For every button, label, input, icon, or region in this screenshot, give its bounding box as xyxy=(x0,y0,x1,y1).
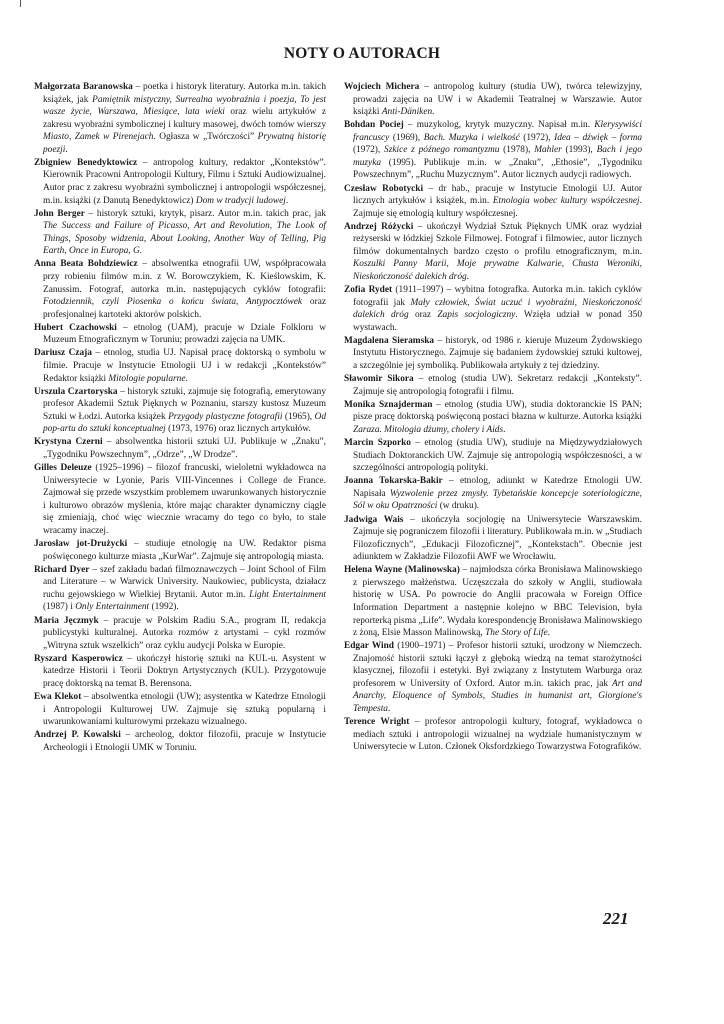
note-text: (1972), xyxy=(353,145,384,155)
author-name: Gilles Deleuze xyxy=(34,463,92,473)
work-title: Szkice z późnego romantyzmu xyxy=(384,145,499,155)
author-name: Urszula Czartoryska xyxy=(34,387,118,397)
author-name: Ewa Klekot xyxy=(34,692,81,702)
work-title: Only Entertainment xyxy=(75,602,149,612)
note-text: (1972), xyxy=(520,133,554,143)
note-text: – muzykolog, krytyk muzyczny. Napisał m.… xyxy=(404,120,595,130)
note-text: . xyxy=(503,425,505,435)
author-name: Jadwiga Wais xyxy=(344,515,403,525)
left-column: Małgorzata Baranowska – poetka i history… xyxy=(34,81,326,755)
note-text: (1995). Publikuje m.in. w „Znaku”, „Etho… xyxy=(353,158,642,181)
author-name: Krystyna Czerni xyxy=(34,437,103,447)
scan-margin-mark xyxy=(20,0,21,7)
author-name: Magdalena Sieramska xyxy=(344,336,434,346)
author-name: Andrzej P. Kowalski xyxy=(34,730,121,740)
author-note: Richard Dyer – szef zakładu badań filmoz… xyxy=(34,564,326,614)
author-note: Terence Wright – profesor antropologii k… xyxy=(344,716,642,754)
author-note: Ryszard Kasperowicz – ukończył historię … xyxy=(34,653,326,691)
note-text: . Ogłasza w „Twórczości” xyxy=(153,132,257,142)
author-name: Terence Wright xyxy=(344,717,409,727)
work-title: Mitologie popularne xyxy=(108,374,185,384)
author-name: Jarosław jot-Drużycki xyxy=(34,539,127,549)
author-name: Richard Dyer xyxy=(34,565,89,575)
work-title: Dom w tradycji ludowej xyxy=(196,196,286,206)
note-text: (1992). xyxy=(149,602,179,612)
author-note: Ewa Klekot – absolwentka etnologii (UW);… xyxy=(34,691,326,729)
note-text: – historyk sztuki, krytyk, pisarz. Autor… xyxy=(85,209,326,219)
author-note: Zbigniew Benedyktowicz – antropolog kult… xyxy=(34,157,326,207)
author-note: Zofia Rydet (1911–1997) – wybitna fotogr… xyxy=(344,284,642,334)
work-title: Wyzwolenie przez zmysły. Tybetańskie kon… xyxy=(353,489,642,512)
author-name: John Berger xyxy=(34,209,85,219)
author-name: Monika Sznajderman xyxy=(344,400,432,410)
work-title: Zaraza. Mitologia dżumy, cholery i Aids xyxy=(353,425,503,435)
note-text: (w druku). xyxy=(437,501,479,511)
author-name: Dariusz Czaja xyxy=(34,348,92,358)
work-title: Anti-Däniken xyxy=(382,107,432,117)
author-note: Bohdan Pociej – muzykolog, krytyk muzycz… xyxy=(344,119,642,182)
work-title: Idea – dźwięk – forma xyxy=(554,133,642,143)
author-note: Magdalena Sieramska – historyk, od 1986 … xyxy=(344,335,642,373)
note-text: . xyxy=(286,196,288,206)
work-title: The Story of Life xyxy=(485,628,548,638)
note-text: – absolwentka etnologii (UW); asystentka… xyxy=(43,692,326,727)
author-name: Małgorzata Baranowska xyxy=(34,82,133,92)
author-note: Sławomir Sikora – etnolog (studia UW). S… xyxy=(344,373,642,398)
author-note: Monika Sznajderman – etnolog (studia UW)… xyxy=(344,399,642,437)
author-note: Andrzej P. Kowalski – archeolog, doktor … xyxy=(34,729,326,754)
note-text: . xyxy=(467,272,469,282)
author-name: Andrzej Różycki xyxy=(344,222,413,232)
author-name: Hubert Czachowski xyxy=(34,323,117,333)
note-text: (1987) i xyxy=(43,602,75,612)
note-text: (1973, 1976) oraz licznych artykułów. xyxy=(166,424,311,434)
author-note: Małgorzata Baranowska – poetka i history… xyxy=(34,81,326,156)
author-note: Urszula Czartoryska – historyk sztuki, z… xyxy=(34,386,326,436)
author-note: Dariusz Czaja – etnolog, studia UJ. Napi… xyxy=(34,347,326,385)
note-text: (1978), xyxy=(499,145,534,155)
author-name: Zofia Rydet xyxy=(344,285,392,295)
author-note: Andrzej Różycki – ukończył Wydział Sztuk… xyxy=(344,221,642,284)
author-note: Marcin Szporko – etnolog (studia UW), st… xyxy=(344,437,642,475)
author-note: Gilles Deleuze (1925–1996) – filozof fra… xyxy=(34,462,326,537)
note-text: . xyxy=(185,374,187,384)
author-name: Czesław Robotycki xyxy=(344,184,423,194)
author-name: Maria Jęczmyk xyxy=(34,616,99,626)
right-column: Wojciech Michera – antropolog kultury (s… xyxy=(344,81,642,754)
author-note: Hubert Czachowski – etnolog (UAM), pracu… xyxy=(34,322,326,347)
author-note: Jadwiga Wais – ukończyła socjologię na U… xyxy=(344,514,642,564)
author-name: Ryszard Kasperowicz xyxy=(34,654,123,664)
author-name: Zbigniew Benedyktowicz xyxy=(34,158,137,168)
author-name: Sławomir Sikora xyxy=(344,374,414,384)
author-name: Anna Beata Bohdziewicz xyxy=(34,259,138,269)
author-note: John Berger – historyk sztuki, krytyk, p… xyxy=(34,208,326,258)
author-note: Krystyna Czerni – absolwentka historii s… xyxy=(34,436,326,461)
author-note: Joanna Tokarska-Bakir – etnolog, adiunkt… xyxy=(344,475,642,513)
work-title: Fotodziennik, czyli Piosenka o końcu świ… xyxy=(43,297,302,307)
author-name: Bohdan Pociej xyxy=(344,120,404,130)
work-title: Przygody plastyczne fotografii xyxy=(168,412,282,422)
note-text: . xyxy=(65,145,67,155)
work-title: Light Entertainment xyxy=(249,590,326,600)
page-title: NOTY O AUTORACH xyxy=(0,45,724,63)
note-text: (1965), xyxy=(282,412,314,422)
author-note: Edgar Wind (1900–1971) – Profesor histor… xyxy=(344,640,642,715)
work-title: Zapis socjologiczny xyxy=(437,310,515,320)
note-text: . xyxy=(548,628,550,638)
work-title: Miasto, Zamek w Pirenejach xyxy=(43,132,153,142)
note-text: . xyxy=(388,704,390,714)
note-text: (1925–1996) – filozof francuski, wielole… xyxy=(43,463,326,536)
author-note: Helena Wayne (Malinowska) – najmłodsza c… xyxy=(344,564,642,639)
note-text: (1969), xyxy=(389,133,423,143)
work-title: Etnologia wobec kultury współczesnej xyxy=(493,196,640,206)
author-name: Edgar Wind xyxy=(344,641,394,651)
author-note: Jarosław jot-Drużycki – studiuje etnolog… xyxy=(34,538,326,563)
note-text: . xyxy=(432,107,434,117)
note-text: oraz xyxy=(409,310,438,320)
note-text: (1900–1971) – Profesor historii sztuki, … xyxy=(353,641,642,689)
note-text: (1993), xyxy=(562,145,597,155)
page-number: 221 xyxy=(603,909,629,929)
author-name: Wojciech Michera xyxy=(344,82,419,92)
author-note: Anna Beata Bohdziewicz – absolwentka etn… xyxy=(34,258,326,321)
author-note: Maria Jęczmyk – pracuje w Polskim Radiu … xyxy=(34,615,326,653)
author-note: Czesław Robotycki – dr hab., pracuje w I… xyxy=(344,183,642,221)
author-note: Wojciech Michera – antropolog kultury (s… xyxy=(344,81,642,119)
work-title: The Success and Failure of Picasso, Art … xyxy=(43,221,326,256)
work-title: Mahler xyxy=(534,145,562,155)
work-title: Koszulki Panny Marii, Moje prywatne Kalw… xyxy=(353,259,642,282)
author-name: Joanna Tokarska-Bakir xyxy=(344,476,443,486)
author-name: Marcin Szporko xyxy=(344,438,411,448)
author-name: Helena Wayne (Malinowska) xyxy=(344,565,460,575)
work-title: Bach. Muzyka i wielkość xyxy=(424,133,520,143)
